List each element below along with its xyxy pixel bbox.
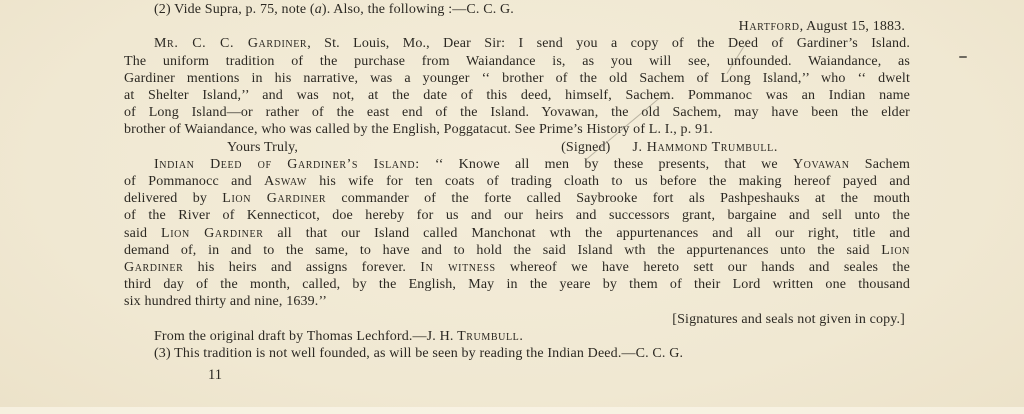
page-bottom-edge	[0, 407, 1024, 414]
text-segment: Indian Deed of Gardiner’s Island:	[154, 157, 420, 172]
text-segment: , August 15, 1883.	[800, 19, 905, 34]
text-segment: demand of, in and to the same, to have a…	[124, 243, 881, 258]
text-segment: Gardiner mentions in his narrative, was …	[124, 71, 910, 86]
text-segment: his heirs and assigns forever.	[183, 260, 420, 275]
dateline: Hartford, August 15, 1883.	[124, 18, 910, 35]
text-segment: From the original draft by Thomas Lechfo…	[154, 329, 457, 344]
letter-line-5: of Long Island—or rather of the east end…	[124, 104, 910, 121]
signatures-note-line: [Signatures and seals not given in copy.…	[124, 311, 910, 328]
text-segment: (3) This tradition is not well founded, …	[154, 346, 683, 361]
text-segment: of Pommanocc and	[124, 174, 264, 189]
text-segment: Mr. C. C. Gardiner	[154, 36, 307, 51]
deed-line-9: six hundred thirty and nine, 1639.’’	[124, 293, 910, 310]
text-segment: Yours Truly,	[227, 139, 298, 156]
deed-line-2: of Pommanocc and Aswaw his wife for ten …	[124, 173, 910, 190]
text-block: (2) Vide Supra, p. 75, note (a). Also, t…	[124, 1, 910, 362]
letter-line-3: Gardiner mentions in his narrative, was …	[124, 70, 910, 87]
text-segment: Aswaw	[264, 174, 307, 189]
text-segment: at Shelter Island,’’ and was not, at the…	[124, 88, 910, 103]
text-segment: , St. Louis, Mo., Dear Sir: I send you a…	[307, 36, 910, 51]
letter-line-4: at Shelter Island,’’ and was not, at the…	[124, 87, 910, 104]
text-segment: whereof we have hereto sett our hands an…	[496, 260, 910, 275]
text-segment: Trumbull	[457, 329, 519, 344]
deed-line-7: Gardiner his heirs and assigns forever. …	[124, 259, 910, 276]
text-segment: a	[315, 2, 322, 17]
text-segment: ). Also, the following :—C. C. G.	[322, 2, 514, 17]
page-number: 11	[208, 367, 222, 384]
letter-line-6: brother of Waiandance, who was called by…	[124, 121, 910, 138]
text-segment: ‘‘ Knowe all men by these presents, that…	[420, 157, 793, 172]
deed-line-4: of the River of Kennecticot, doe hereby …	[124, 207, 910, 224]
text-segment: J. Hammond Trumbull.	[633, 139, 778, 156]
text-segment: commander of the forte called Saybrooke …	[326, 191, 910, 206]
text-segment: Yovawan	[793, 157, 850, 172]
text-segment: Lion Gardiner	[161, 226, 263, 241]
signature-line: Yours Truly,(Signed)J. Hammond Trumbull.	[124, 139, 910, 156]
deed-line-3: delivered by Lion Gardiner commander of …	[124, 190, 910, 207]
text-segment: The uniform tradition of the purchase fr…	[124, 54, 910, 69]
text-segment: of the River of Kennecticot, doe hereby …	[124, 208, 910, 223]
footnote-2-line: (2) Vide Supra, p. 75, note (a). Also, t…	[124, 1, 910, 18]
text-segment: In witness	[420, 260, 495, 275]
text-segment: Sachem	[850, 157, 910, 172]
footnote-3-line: (3) This tradition is not well founded, …	[124, 345, 910, 362]
deed-line-6: demand of, in and to the same, to have a…	[124, 242, 910, 259]
text-segment: six hundred thirty and nine, 1639.’’	[124, 294, 327, 309]
letter-line-1: Mr. C. C. Gardiner, St. Louis, Mo., Dear…	[124, 35, 910, 52]
text-segment: Lion Gardiner	[222, 191, 326, 206]
text-segment: of Long Island—or rather of the east end…	[124, 105, 910, 120]
text-segment: Lion	[881, 243, 910, 258]
document-page: (2) Vide Supra, p. 75, note (a). Also, t…	[0, 0, 1024, 414]
text-segment: (2) Vide Supra, p. 75, note (	[154, 2, 315, 17]
text-segment: Gardiner	[124, 260, 183, 275]
margin-pencil-mark	[959, 56, 967, 58]
text-segment: [Signatures and seals not given in copy.…	[672, 312, 905, 327]
text-segment: his wife for ten coats of trading cloath…	[307, 174, 910, 189]
letter-line-2: The uniform tradition of the purchase fr…	[124, 53, 910, 70]
text-segment: brother of Waiandance, who was called by…	[124, 122, 713, 137]
deed-line-8: third day of the month, called, by the E…	[124, 276, 910, 293]
text-segment: Hartford	[739, 19, 800, 34]
text-segment: third day of the month, called, by the E…	[124, 277, 910, 292]
text-segment: .	[519, 329, 523, 344]
deed-line-5: said Lion Gardiner all that our Island c…	[124, 225, 910, 242]
text-segment: (Signed)	[561, 139, 610, 156]
text-segment: said	[124, 226, 161, 241]
attribution-line: From the original draft by Thomas Lechfo…	[124, 328, 910, 345]
text-segment: delivered by	[124, 191, 222, 206]
text-segment: all that our Island called Manchonat wth…	[263, 226, 910, 241]
deed-line-1: Indian Deed of Gardiner’s Island: ‘‘ Kno…	[124, 156, 910, 173]
